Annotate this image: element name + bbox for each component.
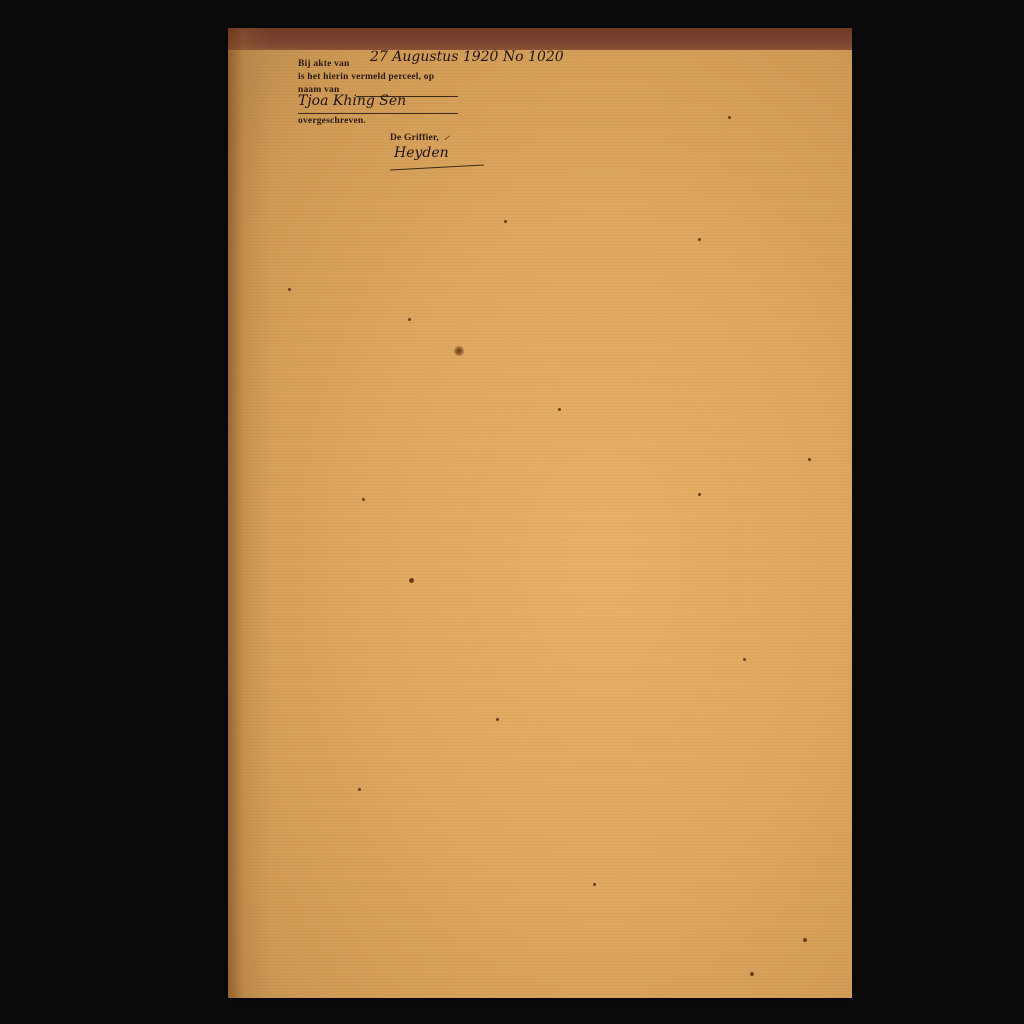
foxing-spot — [358, 788, 361, 791]
foxing-spot — [750, 972, 754, 976]
foxing-spot — [593, 883, 596, 886]
foxing-spot — [803, 938, 807, 942]
foxing-spot — [743, 658, 746, 661]
foxing-spot — [728, 116, 731, 119]
handwritten-date: 27 Augustus 1920 No 1020 — [370, 51, 564, 63]
top-binding-strip — [228, 28, 852, 50]
left-edge-stain — [228, 28, 272, 998]
signature-underline — [390, 165, 484, 171]
foxing-spot — [288, 288, 291, 291]
foxing-spot — [362, 498, 365, 501]
handwritten-mark: ⸝ — [444, 129, 450, 141]
foxing-spot — [454, 346, 464, 356]
name-rule-2 — [298, 113, 458, 114]
transfer-stamp: Bij akte van 27 Augustus 1920 No 1020 is… — [298, 58, 558, 167]
foxing-spot — [698, 238, 701, 241]
foxing-spot — [408, 318, 411, 321]
foxing-spot — [504, 220, 507, 223]
foxing-spot — [698, 493, 701, 496]
griffier-signature: Heyden — [394, 147, 449, 159]
foxing-spot — [496, 718, 499, 721]
stamp-line-1: Bij akte van — [298, 59, 350, 69]
handwritten-name: Tjoa Khing Sen — [298, 95, 406, 107]
foxing-spot — [409, 578, 414, 583]
stamp-line-2: is het hierin vermeld perceel, op — [298, 72, 434, 82]
document-page: Bij akte van 27 Augustus 1920 No 1020 is… — [228, 28, 852, 998]
stamp-line-5: overgeschreven. — [298, 116, 366, 126]
foxing-spot — [558, 408, 561, 411]
foxing-spot — [808, 458, 811, 461]
griffier-label: De Griffier, — [390, 132, 439, 144]
